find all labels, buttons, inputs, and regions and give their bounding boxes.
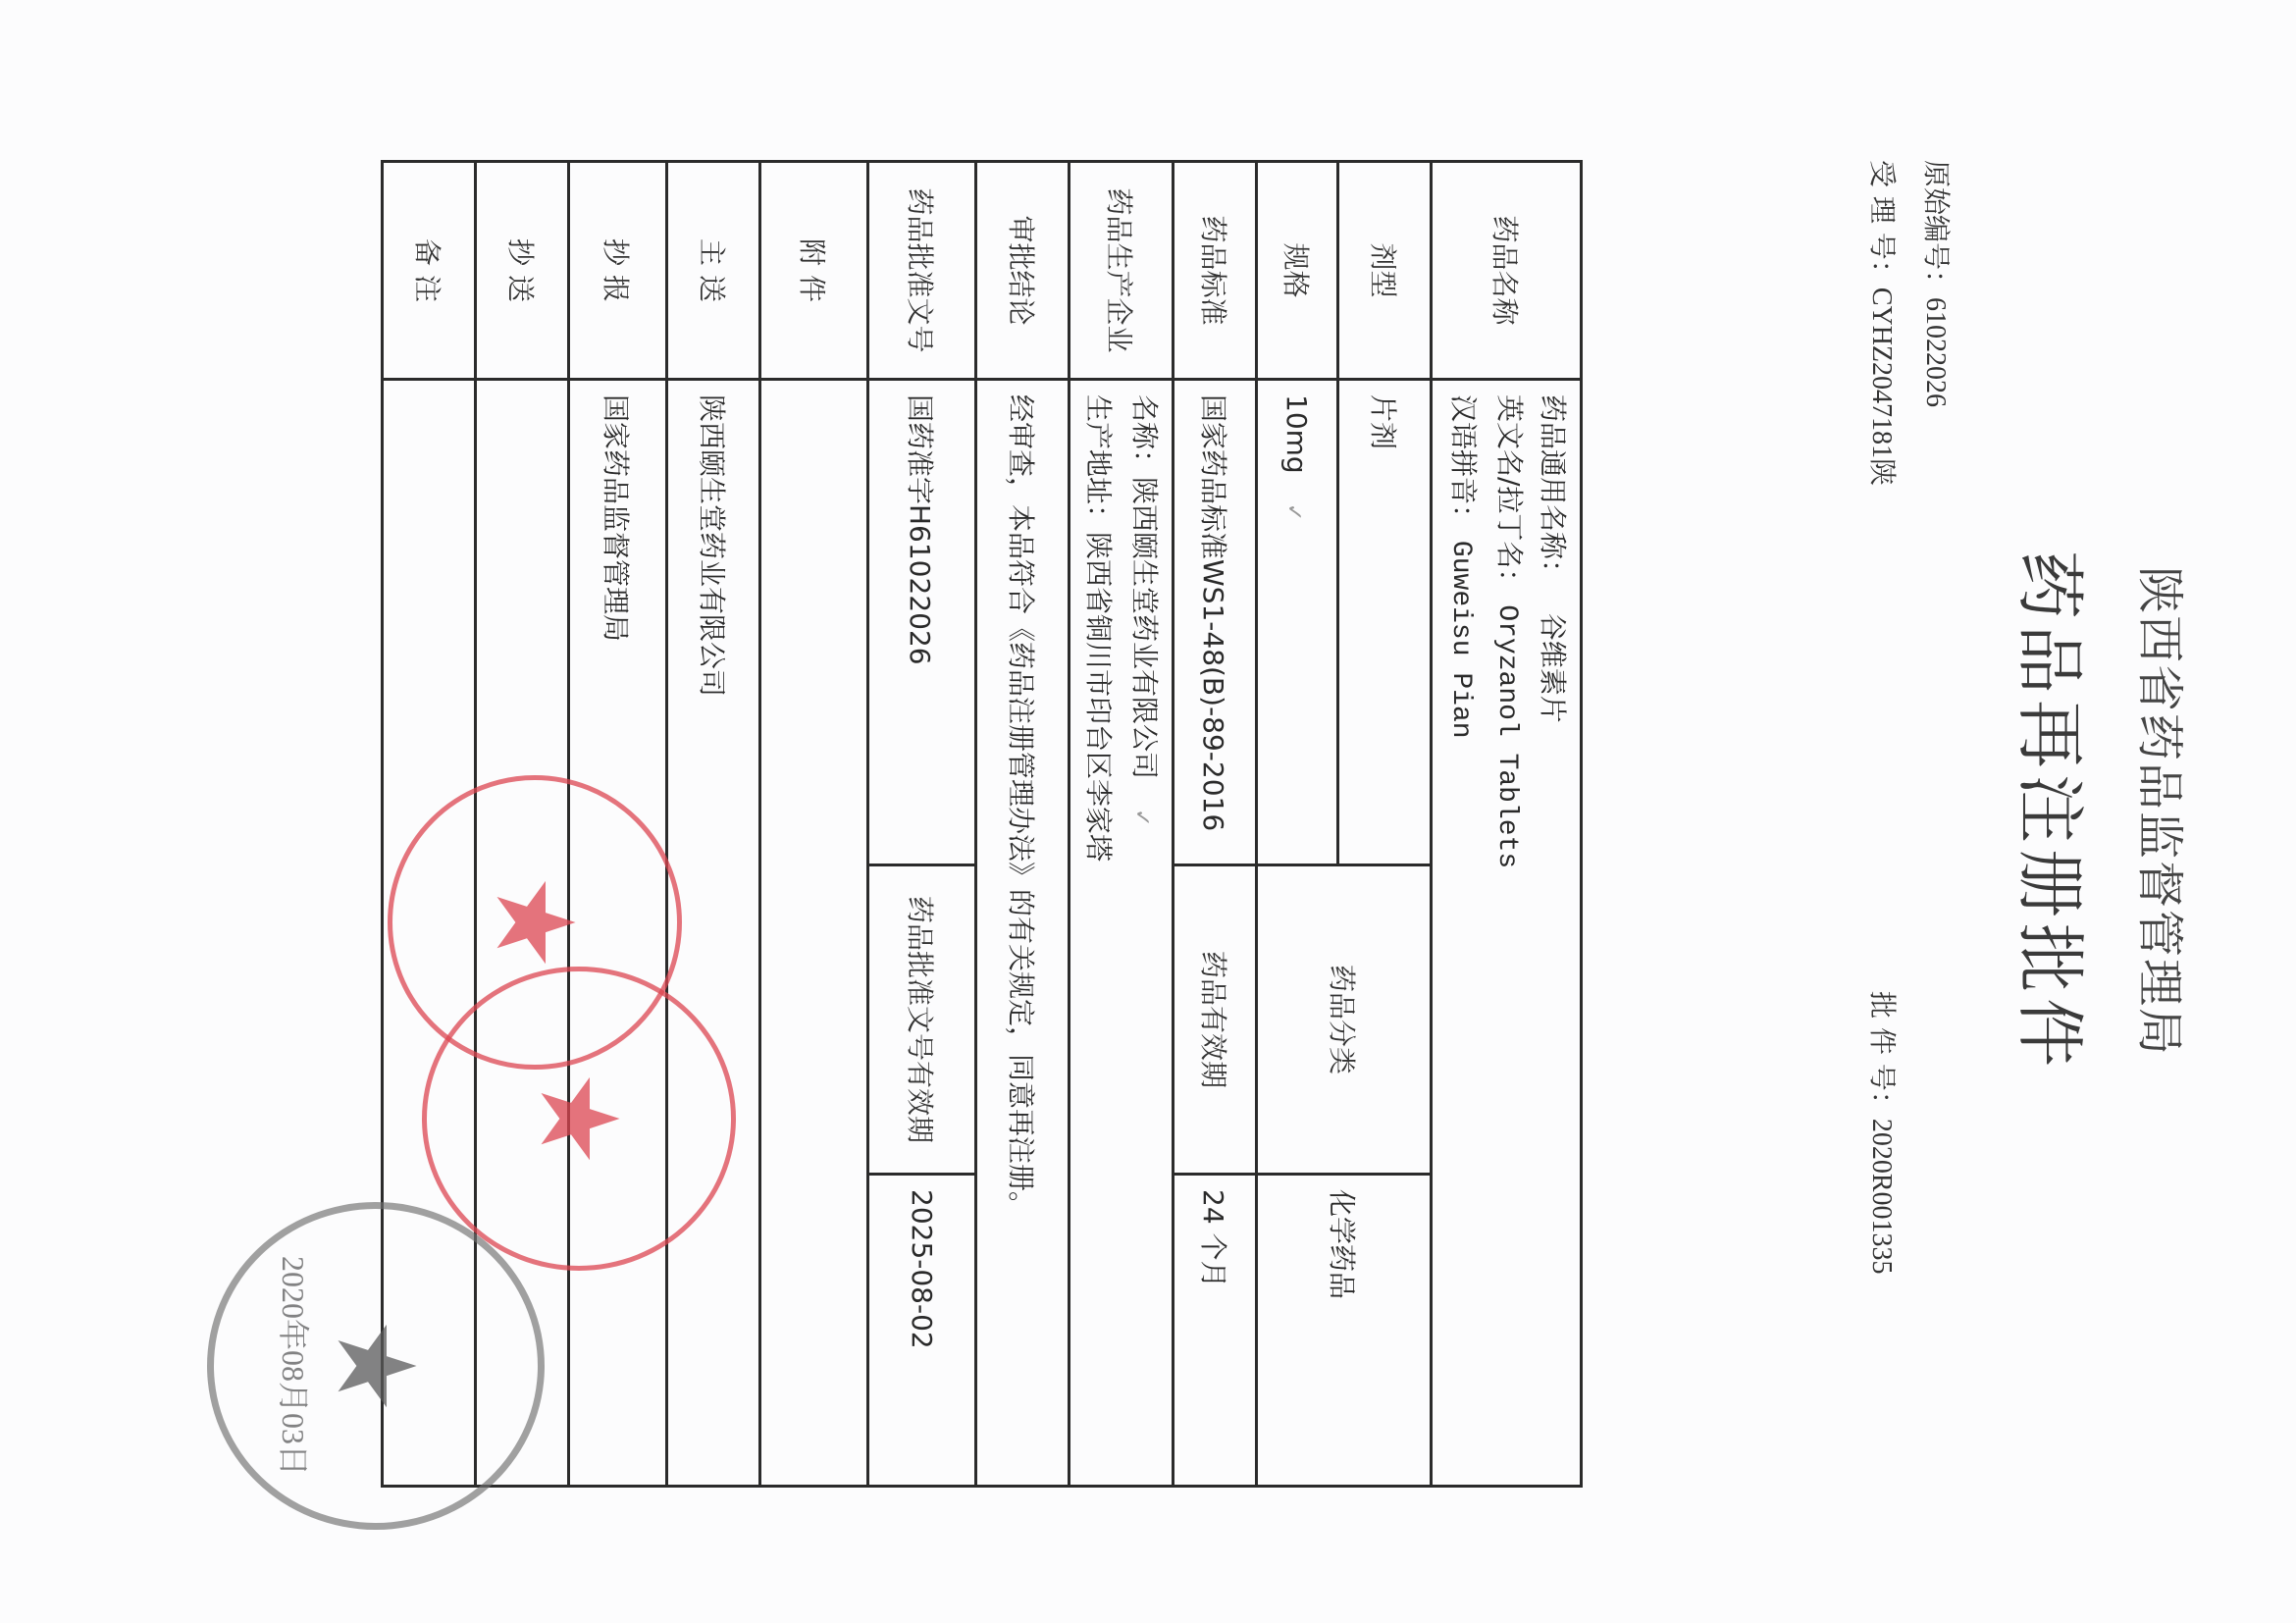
- row-standard: 药品标准 国家药品标准WS1-48(B)-89-2016 药品有效期 24 个月: [1174, 162, 1257, 1487]
- label-copy-to: 抄 送: [476, 162, 569, 380]
- value-dosage-form: 片剂: [1338, 380, 1432, 865]
- value-report-to: 国家药品监督管理局: [569, 380, 667, 1487]
- check-mark-icon: ✓: [1282, 503, 1307, 521]
- row-dosage-form: 剂型 片剂 药品分类 化学药品: [1338, 162, 1432, 1487]
- value-conclusion: 经审查，本品符合《药品注册管理办法》的有关规定，同意再注册。: [976, 380, 1070, 1487]
- row-conclusion: 审批结论 经审查，本品符合《药品注册管理办法》的有关规定，同意再注册。: [976, 162, 1070, 1487]
- label-approval-validity: 药品批准文号有效期: [868, 865, 976, 1175]
- value-manufacturer: 名称：陕西颐生堂药业有限公司✓ 生产地址：陕西省铜川市印台区李家塔: [1070, 380, 1174, 1487]
- label-approval-number: 药品批准文号: [868, 162, 976, 380]
- value-standard: 国家药品标准WS1-48(B)-89-2016: [1174, 380, 1257, 865]
- value-main-recipient: 陕西颐生堂药业有限公司: [667, 380, 760, 1487]
- row-approval-number: 药品批准文号 国药准字H61022026 药品批准文号有效期 2025-08-0…: [868, 162, 976, 1487]
- row-main-recipient: 主 送 陕西颐生堂药业有限公司: [667, 162, 760, 1487]
- row-manufacturer: 药品生产企业 名称：陕西颐生堂药业有限公司✓ 生产地址：陕西省铜川市印台区李家塔: [1070, 162, 1174, 1487]
- value-copy-to: [476, 380, 569, 1487]
- label-report-to: 抄 报: [569, 162, 667, 380]
- check-mark-icon: ✓: [1129, 809, 1154, 826]
- approval-table: 药品名称 药品通用名称： 谷维素片 英文名/拉丁名： Oryzanol Tabl…: [381, 160, 1583, 1488]
- value-drug-name: 药品通用名称： 谷维素片 英文名/拉丁名： Oryzanol Tablets 汉…: [1432, 380, 1582, 1487]
- label-attachment: 附 件: [760, 162, 868, 380]
- row-drug-name: 药品名称 药品通用名称： 谷维素片 英文名/拉丁名： Oryzanol Tabl…: [1432, 162, 1582, 1487]
- label-conclusion: 审批结论: [976, 162, 1070, 380]
- label-remarks: 备 注: [383, 162, 476, 380]
- value-remarks: [383, 380, 476, 1487]
- label-drug-name: 药品名称: [1432, 162, 1582, 380]
- issuer-heading: 陕西省药品监督管理局: [2130, 0, 2198, 1623]
- value-classification: 化学药品: [1257, 1175, 1432, 1487]
- value-shelf-life: 24 个月: [1174, 1175, 1257, 1487]
- row-remarks: 备 注: [383, 162, 476, 1487]
- approval-document-number: 批 件 号：2020R001335: [1864, 991, 1904, 1275]
- label-classification: 药品分类: [1257, 865, 1432, 1175]
- row-attachment: 附 件: [760, 162, 868, 1487]
- row-report-to: 抄 报 国家药品监督管理局: [569, 162, 667, 1487]
- row-copy-to: 抄 送: [476, 162, 569, 1487]
- label-standard: 药品标准: [1174, 162, 1257, 380]
- label-main-recipient: 主 送: [667, 162, 760, 380]
- label-shelf-life: 药品有效期: [1174, 865, 1257, 1175]
- acceptance-number: 受 理 号：CYHZ2047181陕: [1864, 160, 1904, 486]
- document-title: 药品再注册批件: [2006, 0, 2105, 1623]
- document-page: 陕西省药品监督管理局 药品再注册批件 原始编号：61022026 受 理 号：C…: [0, 0, 2296, 1623]
- label-manufacturer: 药品生产企业: [1070, 162, 1174, 380]
- label-dosage-form: 剂型: [1338, 162, 1432, 380]
- value-attachment: [760, 380, 868, 1487]
- value-specification: 10mg✓: [1257, 380, 1338, 865]
- value-approval-validity: 2025-08-02: [868, 1175, 976, 1487]
- value-approval-number: 国药准字H61022026: [868, 380, 976, 865]
- original-number: 原始编号：61022026: [1918, 160, 1957, 407]
- seal-date: 2020年08月03日: [273, 1209, 318, 1523]
- label-specification: 规格: [1257, 162, 1338, 380]
